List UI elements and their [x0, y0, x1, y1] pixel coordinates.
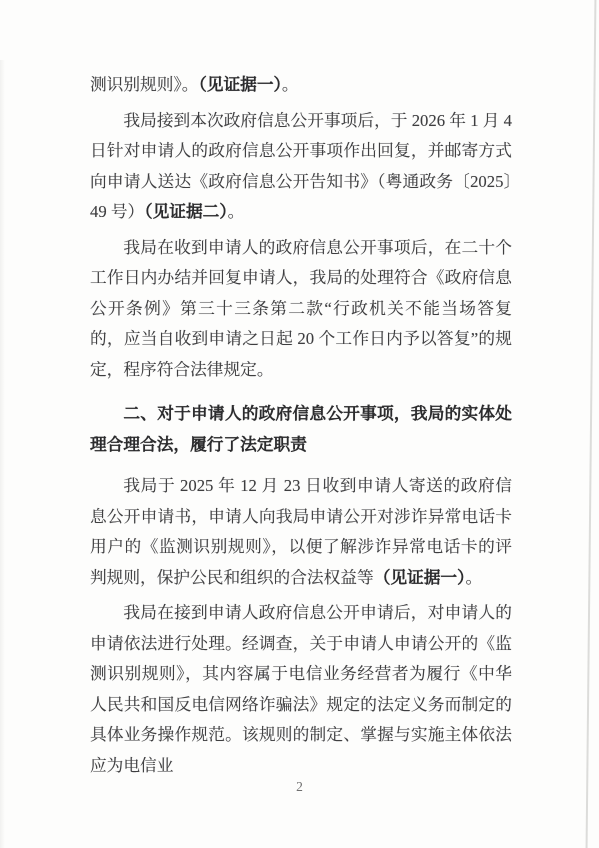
document-body: 测识别规则》。（见证据一）。我局接到本次政府信息公开事项后，于 2026 年 1… [90, 70, 512, 781]
text-segment: 测识别规则》。 [90, 75, 198, 94]
text-segment: 二、对于申请人的政府信息公开事项，我局的实体处理合理合法，履行了法定职责 [90, 404, 512, 454]
text-segment: 我局在收到申请人的政府信息公开事项后，在二十个工作日内办结并回复申请人，我局的处… [90, 238, 512, 379]
paragraph: 我局接到本次政府信息公开事项后，于 2026 年 1 月 4 日针对申请人的政府… [90, 106, 512, 228]
scan-edge-right-line [585, 0, 596, 848]
paragraph: 我局于 2025 年 12 月 23 日收到申请人寄送的政府信息公开申请书，申请… [90, 471, 512, 593]
page-number: 2 [0, 779, 599, 795]
evidence-reference: （见证据二） [144, 202, 227, 221]
scan-edge-left-shade [0, 60, 5, 848]
section-heading: 二、对于申请人的政府信息公开事项，我局的实体处理合理合法，履行了法定职责 [90, 399, 512, 460]
document-page: 测识别规则》。（见证据一）。我局接到本次政府信息公开事项后，于 2026 年 1… [0, 0, 599, 848]
paragraph: 我局在收到申请人的政府信息公开事项后，在二十个工作日内办结并回复申请人，我局的处… [90, 233, 512, 386]
evidence-reference: （见证据一） [374, 568, 466, 587]
paragraph: 测识别规则》。（见证据一）。 [90, 70, 512, 101]
text-segment: 。 [228, 202, 245, 221]
paragraph: 我局在接到申请人政府信息公开申请后，对申请人的申请依法进行处理。经调查，关于申请… [90, 598, 512, 781]
text-segment: 。 [282, 75, 299, 94]
text-segment: 我局在接到申请人政府信息公开申请后，对申请人的申请依法进行处理。经调查，关于申请… [90, 603, 512, 775]
text-segment: 。 [465, 568, 482, 587]
evidence-reference: （见证据一） [198, 75, 281, 94]
